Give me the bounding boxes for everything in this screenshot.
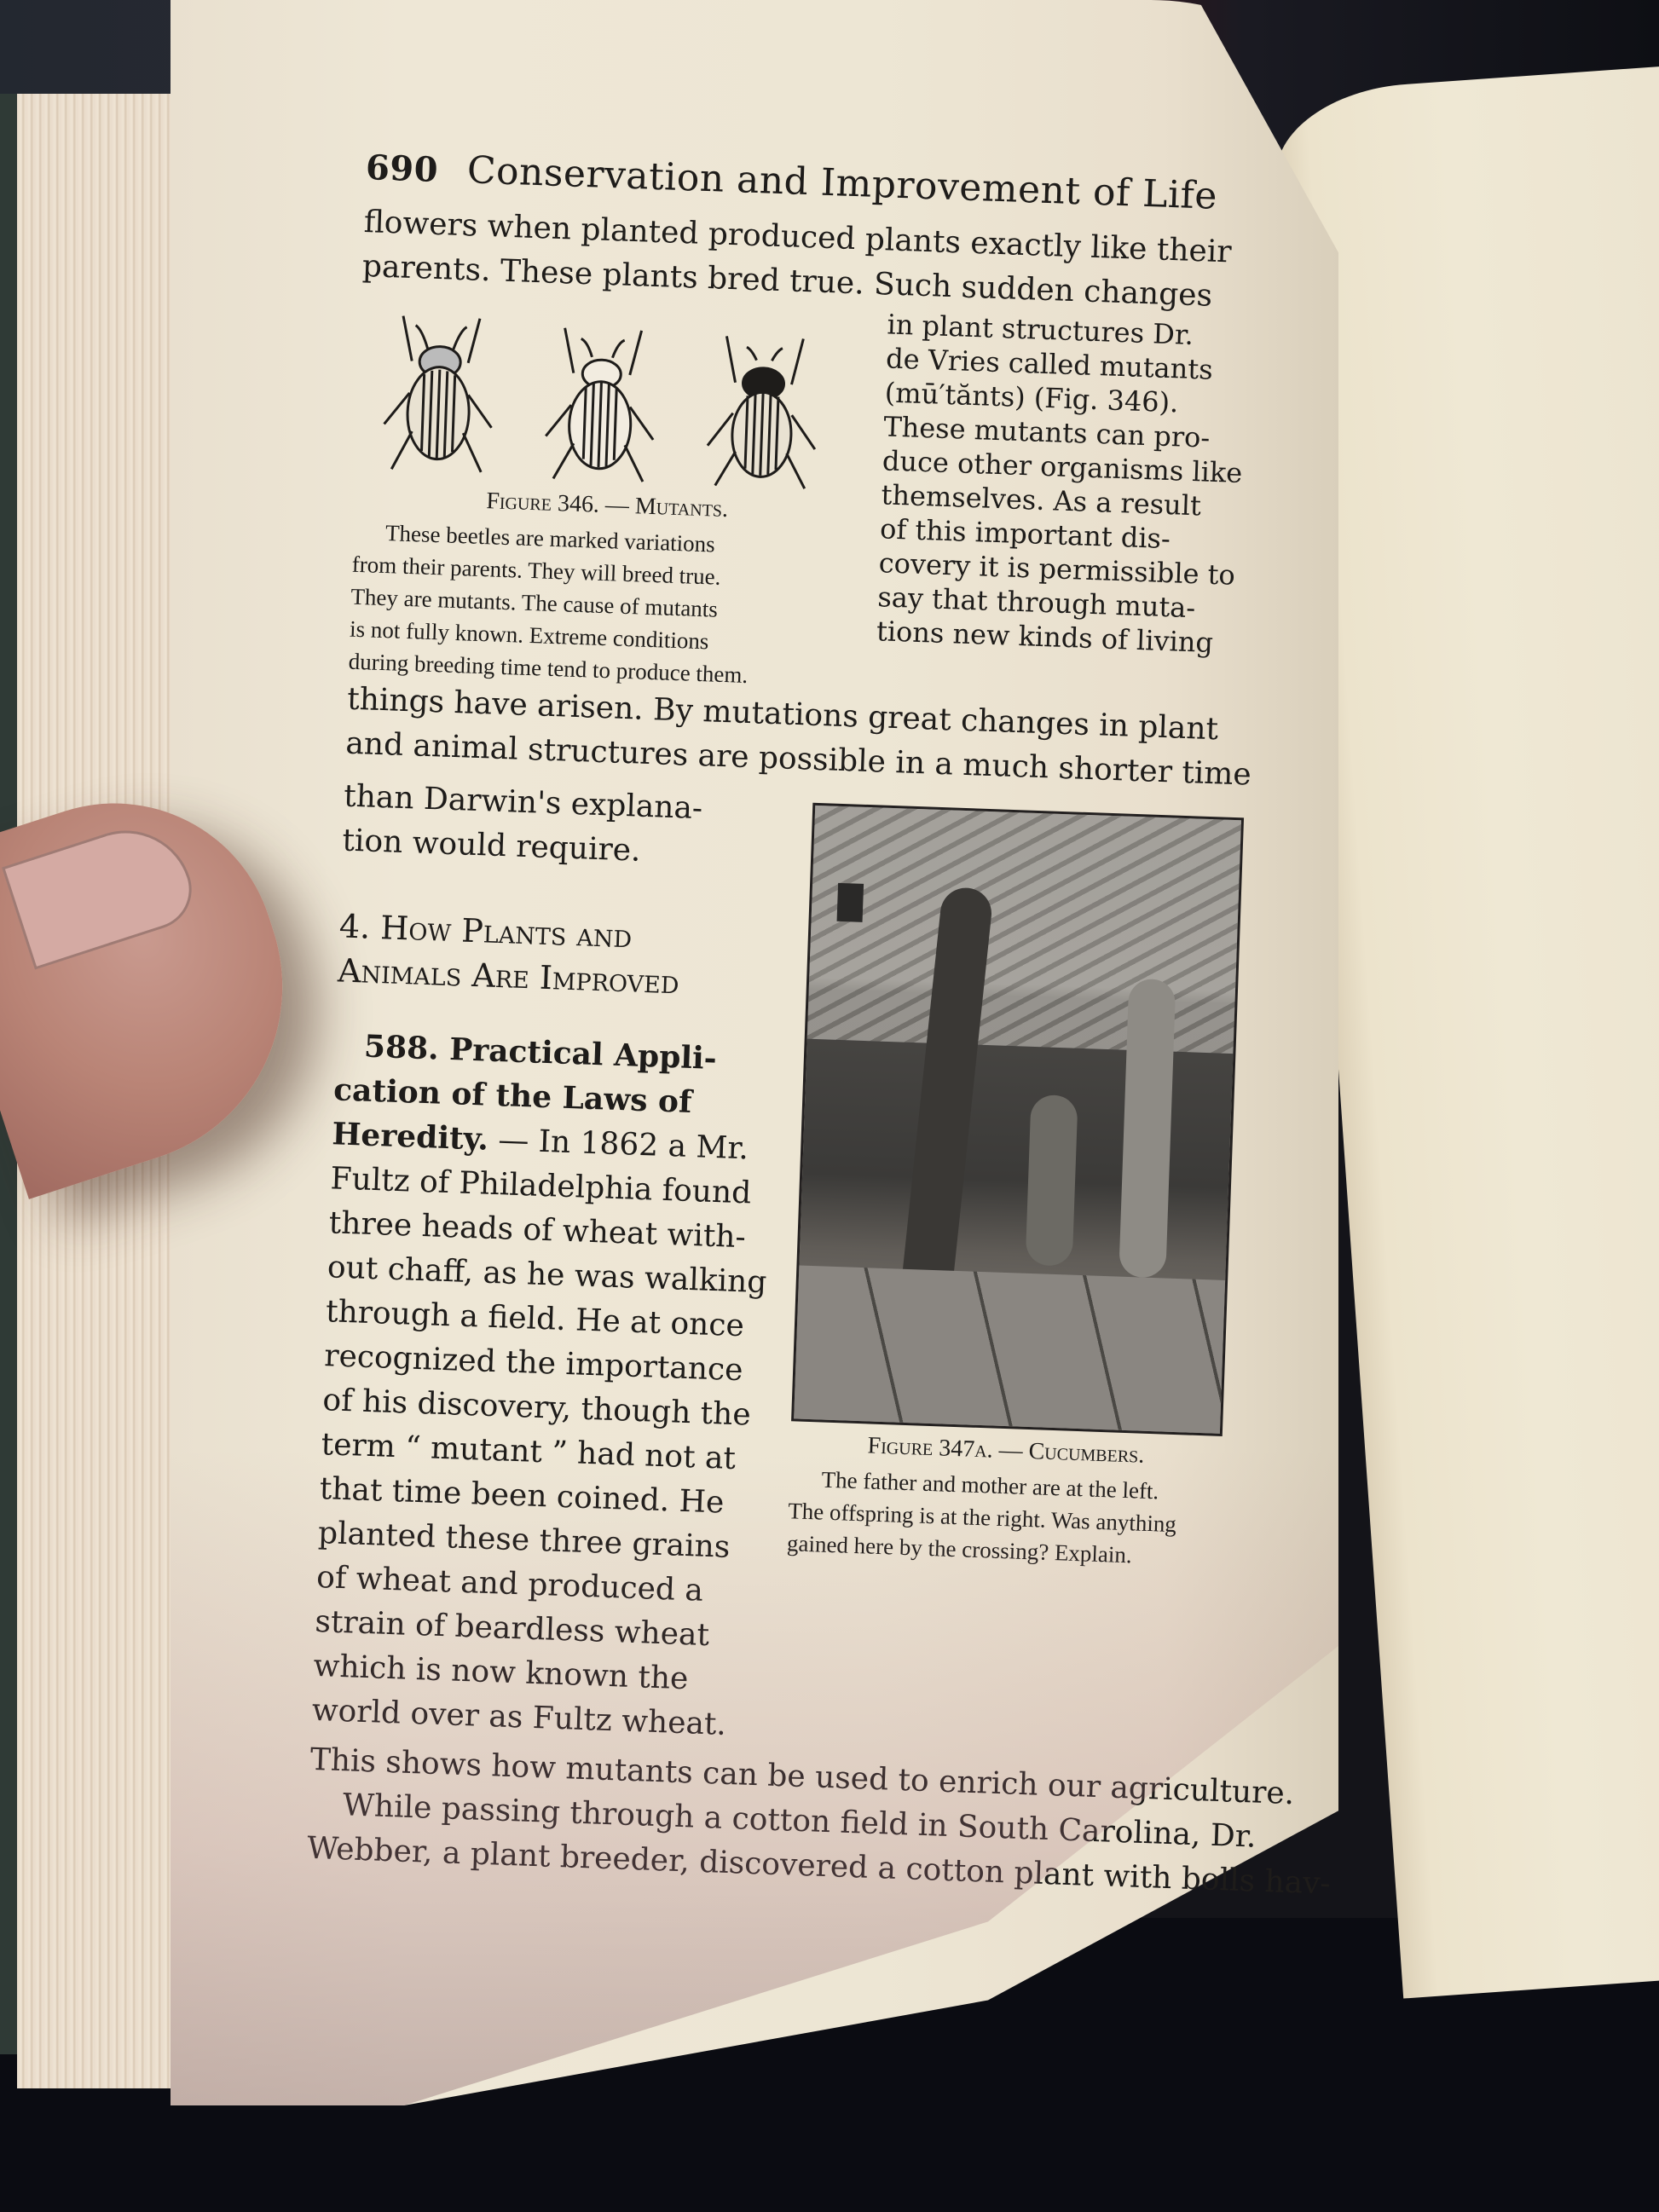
paragraph-588: 588. Practical Appli- cation of the Laws… (311, 1023, 771, 1747)
paragraph-heading: Heredity. (332, 1116, 489, 1157)
plain-striped-beetle-icon (534, 312, 668, 487)
figure-346-row: Figure 346. — Mutants. These beetles are… (348, 289, 1247, 708)
floor-boards (794, 1266, 1225, 1434)
figure-346: Figure 346. — Mutants. These beetles are… (348, 289, 867, 695)
striped-beetle-icon (372, 307, 506, 482)
cucumber-offspring (1119, 979, 1176, 1279)
left-column: than Darwin's explana- tion would requir… (311, 775, 779, 1748)
section-heading: 4. How Plants and Animals Are Improved (337, 904, 774, 1008)
page-number: 690 (365, 147, 439, 190)
lower-section: than Darwin's explana- tion would requir… (311, 775, 1231, 1764)
cucumber-mother (1026, 1094, 1078, 1267)
figure-346-caption: These beetles are marked variations from… (348, 516, 859, 696)
greenhouse-roof (807, 806, 1241, 1054)
cucumbers-photo (791, 803, 1244, 1436)
page-content: 690 Conservation and Improvement of Life… (306, 145, 1252, 1902)
beetle-illustrations (355, 289, 867, 494)
thumbnail (2, 813, 202, 969)
text-span: — In 1862 a Mr. (488, 1123, 749, 1167)
figure-347a: Figure 347a. — Cucumbers. The father and… (780, 803, 1244, 1764)
window (837, 883, 864, 922)
dark-headed-beetle-icon (696, 318, 829, 493)
figure-347a-caption: The father and mother are at the left. T… (786, 1462, 1221, 1574)
side-column-text: in plant structures Dr. de Vries called … (874, 307, 1247, 707)
